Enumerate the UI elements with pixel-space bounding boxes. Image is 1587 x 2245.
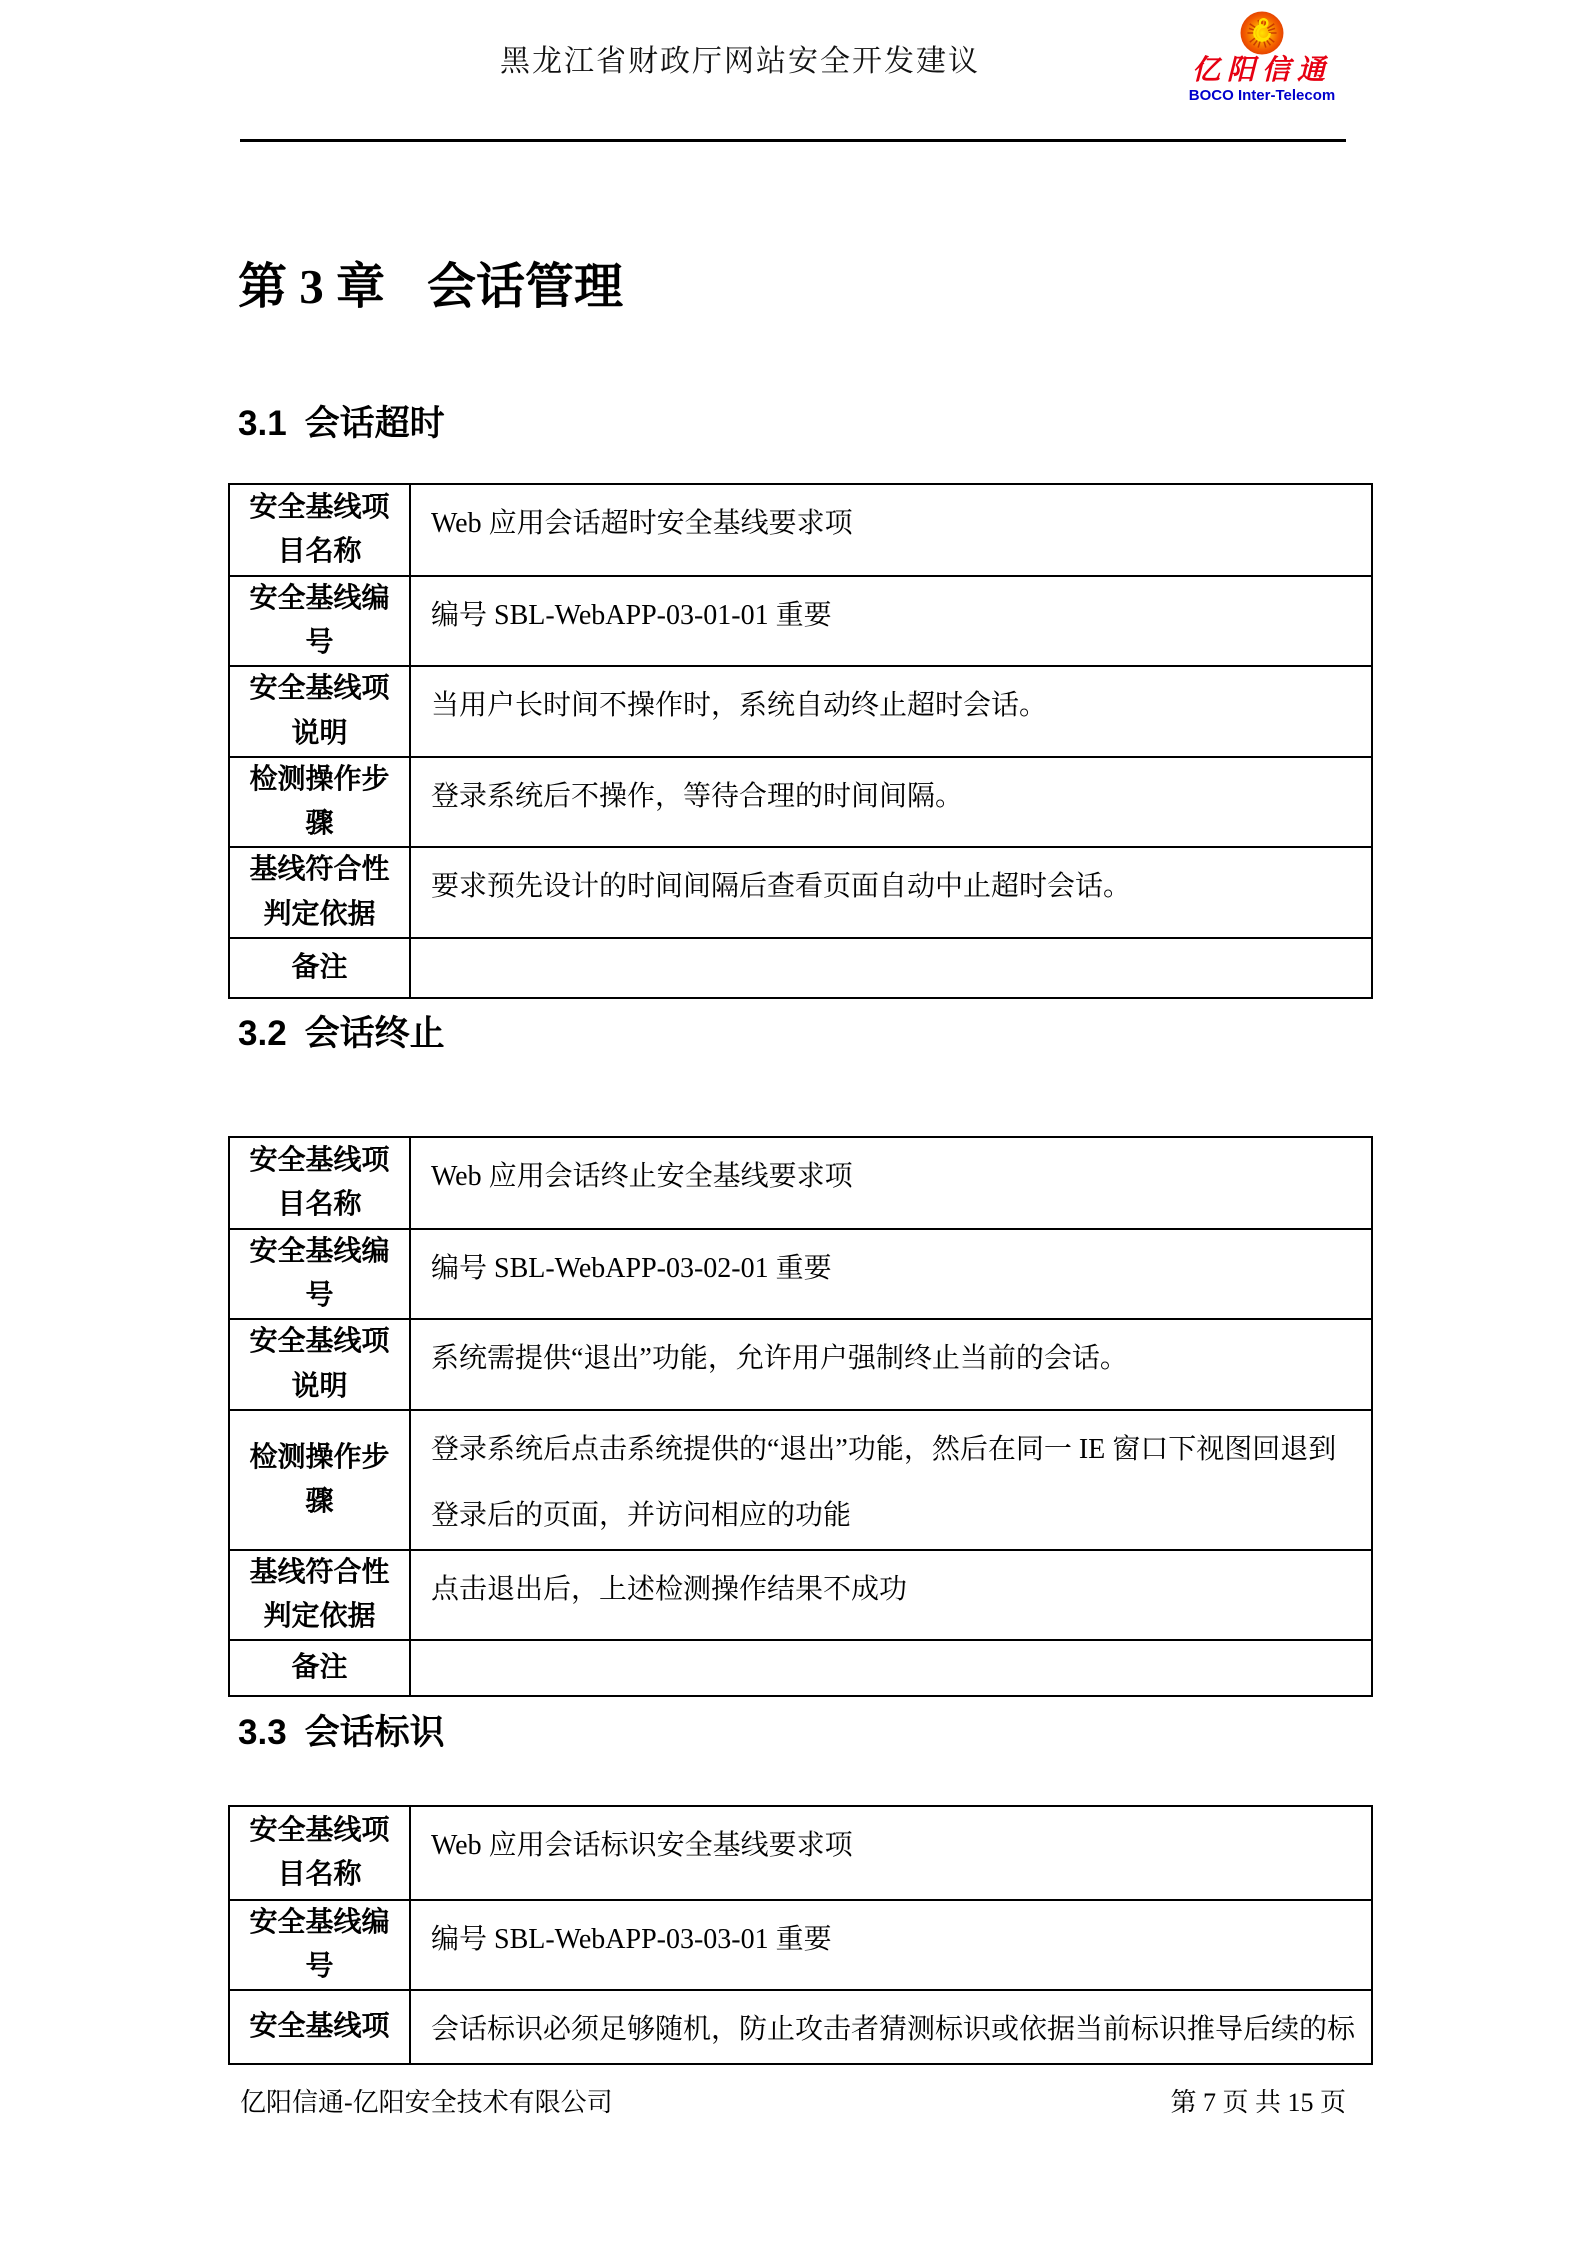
chapter-heading: 第 3 章会话管理 bbox=[238, 248, 623, 318]
table-row: 基线符合性 判定依据 要求预先设计的时间间隔后查看页面自动中止超时会话。 bbox=[229, 847, 1372, 937]
table-row: 安全基线编 号 编号 SBL-WebAPP-03-02-01 重要 bbox=[229, 1229, 1372, 1319]
table-row: 安全基线项 说明 系统需提供“退出”功能，允许用户强制终止当前的会话。 bbox=[229, 1319, 1372, 1409]
sun-logo-icon bbox=[1239, 10, 1285, 56]
row-value bbox=[410, 938, 1372, 998]
section-number: 3.3 bbox=[238, 1713, 287, 1752]
table-row: 安全基线项 目名称 Web 应用会话超时安全基线要求项 bbox=[229, 484, 1372, 576]
footer-company-name: 亿阳信通-亿阳安全技术有限公司 bbox=[240, 2082, 613, 2119]
row-label: 检测操作步 骤 bbox=[229, 1410, 410, 1550]
row-value: 要求预先设计的时间间隔后查看页面自动中止超时会话。 bbox=[410, 847, 1372, 937]
table-row: 安全基线编 号 编号 SBL-WebAPP-03-01-01 重要 bbox=[229, 576, 1372, 666]
section-title: 会话超时 bbox=[305, 404, 445, 443]
row-value: Web 应用会话超时安全基线要求项 bbox=[410, 484, 1372, 576]
company-logo: 亿阳信通 BOCO Inter-Telecom bbox=[1188, 10, 1336, 105]
row-label: 备注 bbox=[229, 938, 410, 998]
row-label: 基线符合性 判定依据 bbox=[229, 847, 410, 937]
row-label: 安全基线编 号 bbox=[229, 576, 410, 666]
row-label: 安全基线项 目名称 bbox=[229, 1806, 410, 1900]
row-value: 会话标识必须足够随机，防止攻击者猜测标识或依据当前标识推导后续的标 bbox=[410, 1990, 1372, 2064]
chapter-number: 第 3 章 bbox=[238, 259, 385, 314]
table-row: 检测操作步 骤 登录系统后不操作，等待合理的时间间隔。 bbox=[229, 757, 1372, 847]
row-label: 检测操作步 骤 bbox=[229, 757, 410, 847]
baseline-table-session-termination: 安全基线项 目名称 Web 应用会话终止安全基线要求项 安全基线编 号 编号 S… bbox=[228, 1136, 1373, 1697]
row-label: 安全基线项 目名称 bbox=[229, 1137, 410, 1229]
row-value: 编号 SBL-WebAPP-03-01-01 重要 bbox=[410, 576, 1372, 666]
row-value: 编号 SBL-WebAPP-03-03-01 重要 bbox=[410, 1900, 1372, 1990]
row-value: 登录系统后不操作，等待合理的时间间隔。 bbox=[410, 757, 1372, 847]
row-label: 备注 bbox=[229, 1640, 410, 1696]
row-value: Web 应用会话标识安全基线要求项 bbox=[410, 1806, 1372, 1900]
section-heading-3-2: 3.2会话终止 bbox=[238, 1006, 445, 1056]
row-label: 安全基线项 说明 bbox=[229, 1319, 410, 1409]
row-label: 安全基线编 号 bbox=[229, 1900, 410, 1990]
table-row: 基线符合性 判定依据 点击退出后，上述检测操作结果不成功 bbox=[229, 1550, 1372, 1640]
row-value: 系统需提供“退出”功能，允许用户强制终止当前的会话。 bbox=[410, 1319, 1372, 1409]
table-row: 备注 bbox=[229, 1640, 1372, 1696]
table-row: 备注 bbox=[229, 938, 1372, 998]
table-row: 安全基线项 目名称 Web 应用会话标识安全基线要求项 bbox=[229, 1806, 1372, 1900]
table-row: 检测操作步 骤 登录系统后点击系统提供的“退出”功能，然后在同一 IE 窗口下视… bbox=[229, 1410, 1372, 1550]
row-value: 当用户长时间不操作时，系统自动终止超时会话。 bbox=[410, 666, 1372, 756]
footer-page-number: 第 7 页 共 15 页 bbox=[1040, 2082, 1346, 2119]
row-label: 安全基线项 bbox=[229, 1990, 410, 2064]
logo-english-name: BOCO Inter-Telecom bbox=[1188, 87, 1336, 105]
table-row: 安全基线项 说明 当用户长时间不操作时，系统自动终止超时会话。 bbox=[229, 666, 1372, 756]
header-divider-line bbox=[240, 139, 1346, 142]
row-label: 安全基线项 目名称 bbox=[229, 484, 410, 576]
chapter-name: 会话管理 bbox=[427, 259, 623, 314]
row-value: 点击退出后，上述检测操作结果不成功 bbox=[410, 1550, 1372, 1640]
row-value: 登录系统后点击系统提供的“退出”功能，然后在同一 IE 窗口下视图回退到 登录后… bbox=[410, 1410, 1372, 1550]
logo-chinese-name: 亿阳信通 bbox=[1188, 56, 1336, 87]
row-label: 安全基线项 说明 bbox=[229, 666, 410, 756]
document-header-title: 黑龙江省财政厅网站安全开发建议 bbox=[240, 36, 1240, 80]
row-value bbox=[410, 1640, 1372, 1696]
section-title: 会话标识 bbox=[305, 1713, 445, 1752]
section-number: 3.2 bbox=[238, 1014, 287, 1053]
table-row: 安全基线项 目名称 Web 应用会话终止安全基线要求项 bbox=[229, 1137, 1372, 1229]
section-title: 会话终止 bbox=[305, 1014, 445, 1053]
table-row: 安全基线编 号 编号 SBL-WebAPP-03-03-01 重要 bbox=[229, 1900, 1372, 1990]
section-heading-3-1: 3.1会话超时 bbox=[238, 396, 445, 446]
baseline-table-session-identifier: 安全基线项 目名称 Web 应用会话标识安全基线要求项 安全基线编 号 编号 S… bbox=[228, 1805, 1373, 2065]
row-label: 安全基线编 号 bbox=[229, 1229, 410, 1319]
baseline-table-session-timeout: 安全基线项 目名称 Web 应用会话超时安全基线要求项 安全基线编 号 编号 S… bbox=[228, 483, 1373, 999]
table-row: 安全基线项 会话标识必须足够随机，防止攻击者猜测标识或依据当前标识推导后续的标 bbox=[229, 1990, 1372, 2064]
document-page: 黑龙江省财政厅网站安全开发建议 亿阳信通 BOCO Int bbox=[0, 0, 1587, 2245]
section-number: 3.1 bbox=[238, 404, 287, 443]
row-label: 基线符合性 判定依据 bbox=[229, 1550, 410, 1640]
row-value: 编号 SBL-WebAPP-03-02-01 重要 bbox=[410, 1229, 1372, 1319]
section-heading-3-3: 3.3会话标识 bbox=[238, 1705, 445, 1755]
row-value: Web 应用会话终止安全基线要求项 bbox=[410, 1137, 1372, 1229]
